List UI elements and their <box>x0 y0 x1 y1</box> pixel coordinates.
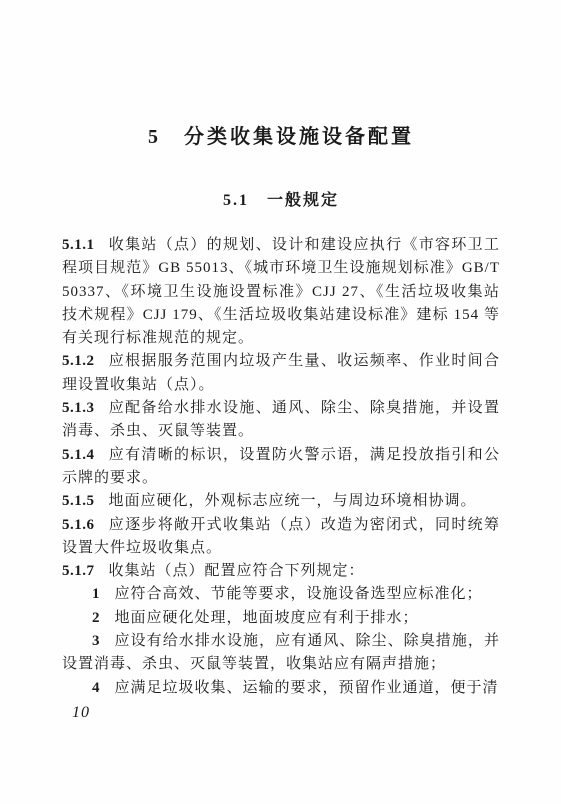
subitem-number: 1 <box>92 586 101 602</box>
subitem-text: 地面应硬化处理，地面坡度应有利于排水； <box>115 610 419 626</box>
clause-number: 5.1.3 <box>62 400 95 416</box>
clause-text: 收集站（点）配置应符合下列规定： <box>109 563 365 579</box>
clause-number: 5.1.4 <box>62 447 95 463</box>
subitem-number: 2 <box>92 610 101 626</box>
clause-text: 应有清晰的标识，设置防火警示语，满足投放指引和公示牌的要求。 <box>62 447 500 486</box>
clause-text: 应配备给水排水设施、通风、除尘、除臭措施，并设置消毒、杀虫、灭鼠等装置。 <box>62 400 500 439</box>
subitem-1: 1应符合高效、节能等要求，设施设备选型应标准化； <box>62 583 500 606</box>
clause-5-1-6: 5.1.6应逐步将敞开式收集站（点）改造为密闭式，同时统筹设置大件垃圾收集点。 <box>62 514 500 561</box>
clause-number: 5.1.7 <box>62 563 95 579</box>
clause-text: 应逐步将敞开式收集站（点）改造为密闭式，同时统筹设置大件垃圾收集点。 <box>62 517 500 556</box>
page-number: 10 <box>72 701 90 724</box>
page-content: 5 分类收集设施设备配置 5.1 一般规定 5.1.1收集站（点）的规划、设计和… <box>62 0 500 700</box>
clause-text: 收集站（点）的规划、设计和建设应执行《市容环卫工程项目规范》GB 55013、《… <box>62 237 500 346</box>
clause-number: 5.1.2 <box>62 353 95 369</box>
document-page: 5 分类收集设施设备配置 5.1 一般规定 5.1.1收集站（点）的规划、设计和… <box>0 0 561 804</box>
clause-text: 地面应硬化，外观标志应统一，与周边环境相协调。 <box>109 493 477 509</box>
clause-5-1-3: 5.1.3应配备给水排水设施、通风、除尘、除臭措施，并设置消毒、杀虫、灭鼠等装置… <box>62 397 500 444</box>
clause-list: 5.1.1收集站（点）的规划、设计和建设应执行《市容环卫工程项目规范》GB 55… <box>62 234 500 700</box>
clause-5-1-4: 5.1.4应有清晰的标识，设置防火警示语，满足投放指引和公示牌的要求。 <box>62 444 500 491</box>
clause-5-1-5: 5.1.5地面应硬化，外观标志应统一，与周边环境相协调。 <box>62 490 500 513</box>
subitem-number: 4 <box>92 680 101 696</box>
subitem-text: 应设有给水排水设施，应有通风、除尘、除臭措施，并设置消毒、杀虫、灭鼠等装置，收集… <box>62 633 500 672</box>
subitem-number: 3 <box>92 633 101 649</box>
chapter-title: 5 分类收集设施设备配置 <box>62 124 500 150</box>
clause-number: 5.1.5 <box>62 493 95 509</box>
subitem-text: 应符合高效、节能等要求，设施设备选型应标准化； <box>115 586 483 602</box>
clause-5-1-1: 5.1.1收集站（点）的规划、设计和建设应执行《市容环卫工程项目规范》GB 55… <box>62 234 500 350</box>
subitem-4: 4应满足垃圾收集、运输的要求，预留作业通道，便于清 <box>62 677 500 700</box>
subitem-2: 2地面应硬化处理，地面坡度应有利于排水； <box>62 607 500 630</box>
subitem-3: 3应设有给水排水设施，应有通风、除尘、除臭措施，并设置消毒、杀虫、灭鼠等装置，收… <box>62 630 500 677</box>
section-title: 5.1 一般规定 <box>62 190 500 212</box>
clause-number: 5.1.1 <box>62 237 95 253</box>
clause-5-1-7: 5.1.7收集站（点）配置应符合下列规定： <box>62 560 500 583</box>
subitem-text: 应满足垃圾收集、运输的要求，预留作业通道，便于清 <box>115 680 499 696</box>
clause-text: 应根据服务范围内垃圾产生量、收运频率、作业时间合理设置收集站（点）。 <box>62 353 500 392</box>
clause-number: 5.1.6 <box>62 517 95 533</box>
clause-5-1-2: 5.1.2应根据服务范围内垃圾产生量、收运频率、作业时间合理设置收集站（点）。 <box>62 350 500 397</box>
